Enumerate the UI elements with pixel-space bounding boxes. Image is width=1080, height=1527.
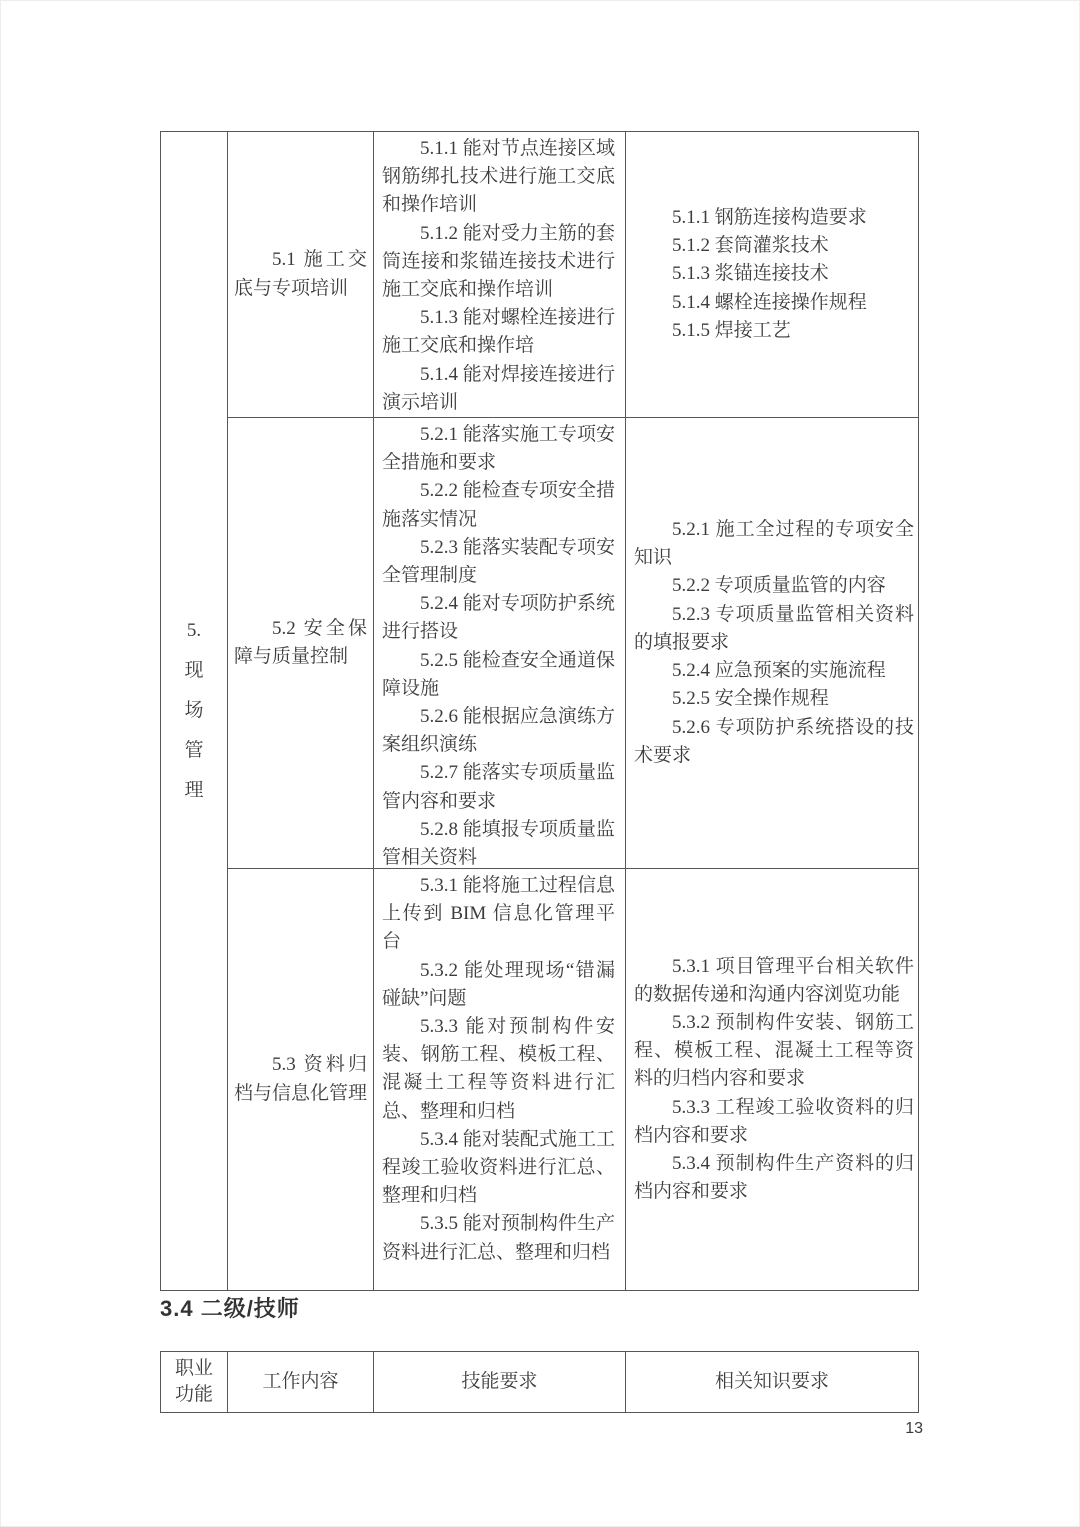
skill-item: 5.3.4 能对装配式施工工程竣工验收资料进行汇总、整理和归档 [382, 1126, 615, 1211]
knowledge-item: 5.2.5 安全操作规程 [634, 685, 914, 713]
skill-item: 5.1.4 能对焊接连接进行演示培训 [382, 361, 615, 417]
skill-item: 5.3.2 能处理现场“错漏碰缺”问题 [382, 957, 615, 1013]
skill-item: 5.2.3 能落实装配专项安全管理制度 [382, 534, 615, 590]
work-content-text: 5.3 资料归档与信息化管理 [228, 1051, 373, 1107]
skill-item: 5.3.3 能对预制构件安装、钢筋工程、模板工程、混凝土工程等资料进行汇总、整理… [382, 1013, 615, 1126]
skill-item: 5.1.1 能对节点连接区域钢筋绑扎技术进行施工交底和操作培训 [382, 135, 615, 220]
function-cell-site-management: 5. 现 场 管 理 [161, 132, 228, 1290]
function-line: 5. [187, 611, 201, 651]
knowledge-item: 5.1.3 浆锚连接技术 [634, 260, 914, 288]
occupational-standard-table: 5. 现 场 管 理 5.1 施工交底与专项培训 5.1.1 能对节点连接区域钢… [160, 131, 919, 1291]
page-number: 13 [893, 1420, 923, 1438]
skill-item: 5.2.5 能检查安全通道保障设施 [382, 647, 615, 703]
function-line: 理 [184, 771, 203, 811]
knowledge-cell-5-2: 5.2.1 施工全过程的专项安全知识 5.2.2 专项质量监管的内容 5.2.3… [626, 418, 918, 869]
skill-item: 5.2.1 能落实施工专项安全措施和要求 [382, 421, 615, 477]
skill-item: 5.2.8 能填报专项质量监管相关资料 [382, 816, 615, 869]
knowledge-item: 5.1.2 套筒灌浆技术 [634, 232, 914, 260]
column-header-knowledge-requirements: 相关知识要求 [626, 1352, 918, 1412]
knowledge-item: 5.2.6 专项防护系统搭设的技术要求 [634, 714, 914, 770]
work-content-cell-5-1: 5.1 施工交底与专项培训 [228, 132, 374, 418]
skills-cell-5-3: 5.3.1 能将施工过程信息上传到 BIM 信息化管理平台 5.3.2 能处理现… [374, 869, 626, 1290]
work-content-cell-5-2: 5.2 安全保障与质量控制 [228, 418, 374, 869]
column-header-work-content: 工作内容 [228, 1352, 374, 1412]
knowledge-item: 5.3.2 预制构件安装、钢筋工程、模板工程、混凝土工程等资料的归档内容和要求 [634, 1009, 914, 1094]
skills-cell-5-2: 5.2.1 能落实施工专项安全措施和要求 5.2.2 能检查专项安全措施落实情况… [374, 418, 626, 869]
knowledge-item: 5.1.1 钢筋连接构造要求 [634, 204, 914, 232]
knowledge-item: 5.2.3 专项质量监管相关资料的填报要求 [634, 601, 914, 657]
skill-item: 5.1.2 能对受力主筋的套筒连接和浆锚连接技术进行施工交底和操作培训 [382, 220, 615, 305]
skill-item: 5.2.4 能对专项防护系统进行搭设 [382, 590, 615, 646]
work-content-cell-5-3: 5.3 资料归档与信息化管理 [228, 869, 374, 1290]
knowledge-item: 5.1.4 螺栓连接操作规程 [634, 289, 914, 317]
knowledge-item: 5.2.4 应急预案的实施流程 [634, 657, 914, 685]
column-header-text: 职业功能 [173, 1356, 216, 1408]
work-content-text: 5.1 施工交底与专项培训 [228, 246, 373, 302]
function-line: 现 [184, 651, 203, 691]
skill-item: 5.2.6 能根据应急演练方案组织演练 [382, 703, 615, 759]
function-line: 管 [184, 731, 203, 771]
skill-item: 5.3.5 能对预制构件生产资料进行汇总、整理和归档 [382, 1210, 615, 1266]
knowledge-item: 5.3.1 项目管理平台相关软件的数据传递和沟通内容浏览功能 [634, 953, 914, 1009]
skill-item: 5.3.1 能将施工过程信息上传到 BIM 信息化管理平台 [382, 872, 615, 957]
skill-item: 5.1.3 能对螺栓连接进行施工交底和操作培 [382, 304, 615, 360]
knowledge-item: 5.1.5 焊接工艺 [634, 317, 914, 345]
skill-item: 5.2.2 能检查专项安全措施落实情况 [382, 477, 615, 533]
knowledge-cell-5-3: 5.3.1 项目管理平台相关软件的数据传递和沟通内容浏览功能 5.3.2 预制构… [626, 869, 918, 1290]
knowledge-item: 5.2.1 施工全过程的专项安全知识 [634, 516, 914, 572]
knowledge-cell-5-1: 5.1.1 钢筋连接构造要求 5.1.2 套筒灌浆技术 5.1.3 浆锚连接技术… [626, 132, 918, 418]
section-heading: 3.4 二级/技师 [160, 1292, 300, 1323]
knowledge-item: 5.3.4 预制构件生产资料的归档内容和要求 [634, 1150, 914, 1206]
knowledge-item: 5.3.3 工程竣工验收资料的归档内容和要求 [634, 1094, 914, 1150]
column-header-skill-requirements: 技能要求 [374, 1352, 626, 1412]
skills-cell-5-1: 5.1.1 能对节点连接区域钢筋绑扎技术进行施工交底和操作培训 5.1.2 能对… [374, 132, 626, 418]
knowledge-item: 5.2.2 专项质量监管的内容 [634, 572, 914, 600]
work-content-text: 5.2 安全保障与质量控制 [228, 615, 373, 671]
next-level-table-header: 职业功能 工作内容 技能要求 相关知识要求 [160, 1351, 919, 1413]
document-page: 5. 现 场 管 理 5.1 施工交底与专项培训 5.1.1 能对节点连接区域钢… [0, 0, 1080, 1527]
function-line: 场 [184, 691, 203, 731]
column-header-occupational-function: 职业功能 [161, 1352, 228, 1412]
skill-item: 5.2.7 能落实专项质量监管内容和要求 [382, 759, 615, 815]
